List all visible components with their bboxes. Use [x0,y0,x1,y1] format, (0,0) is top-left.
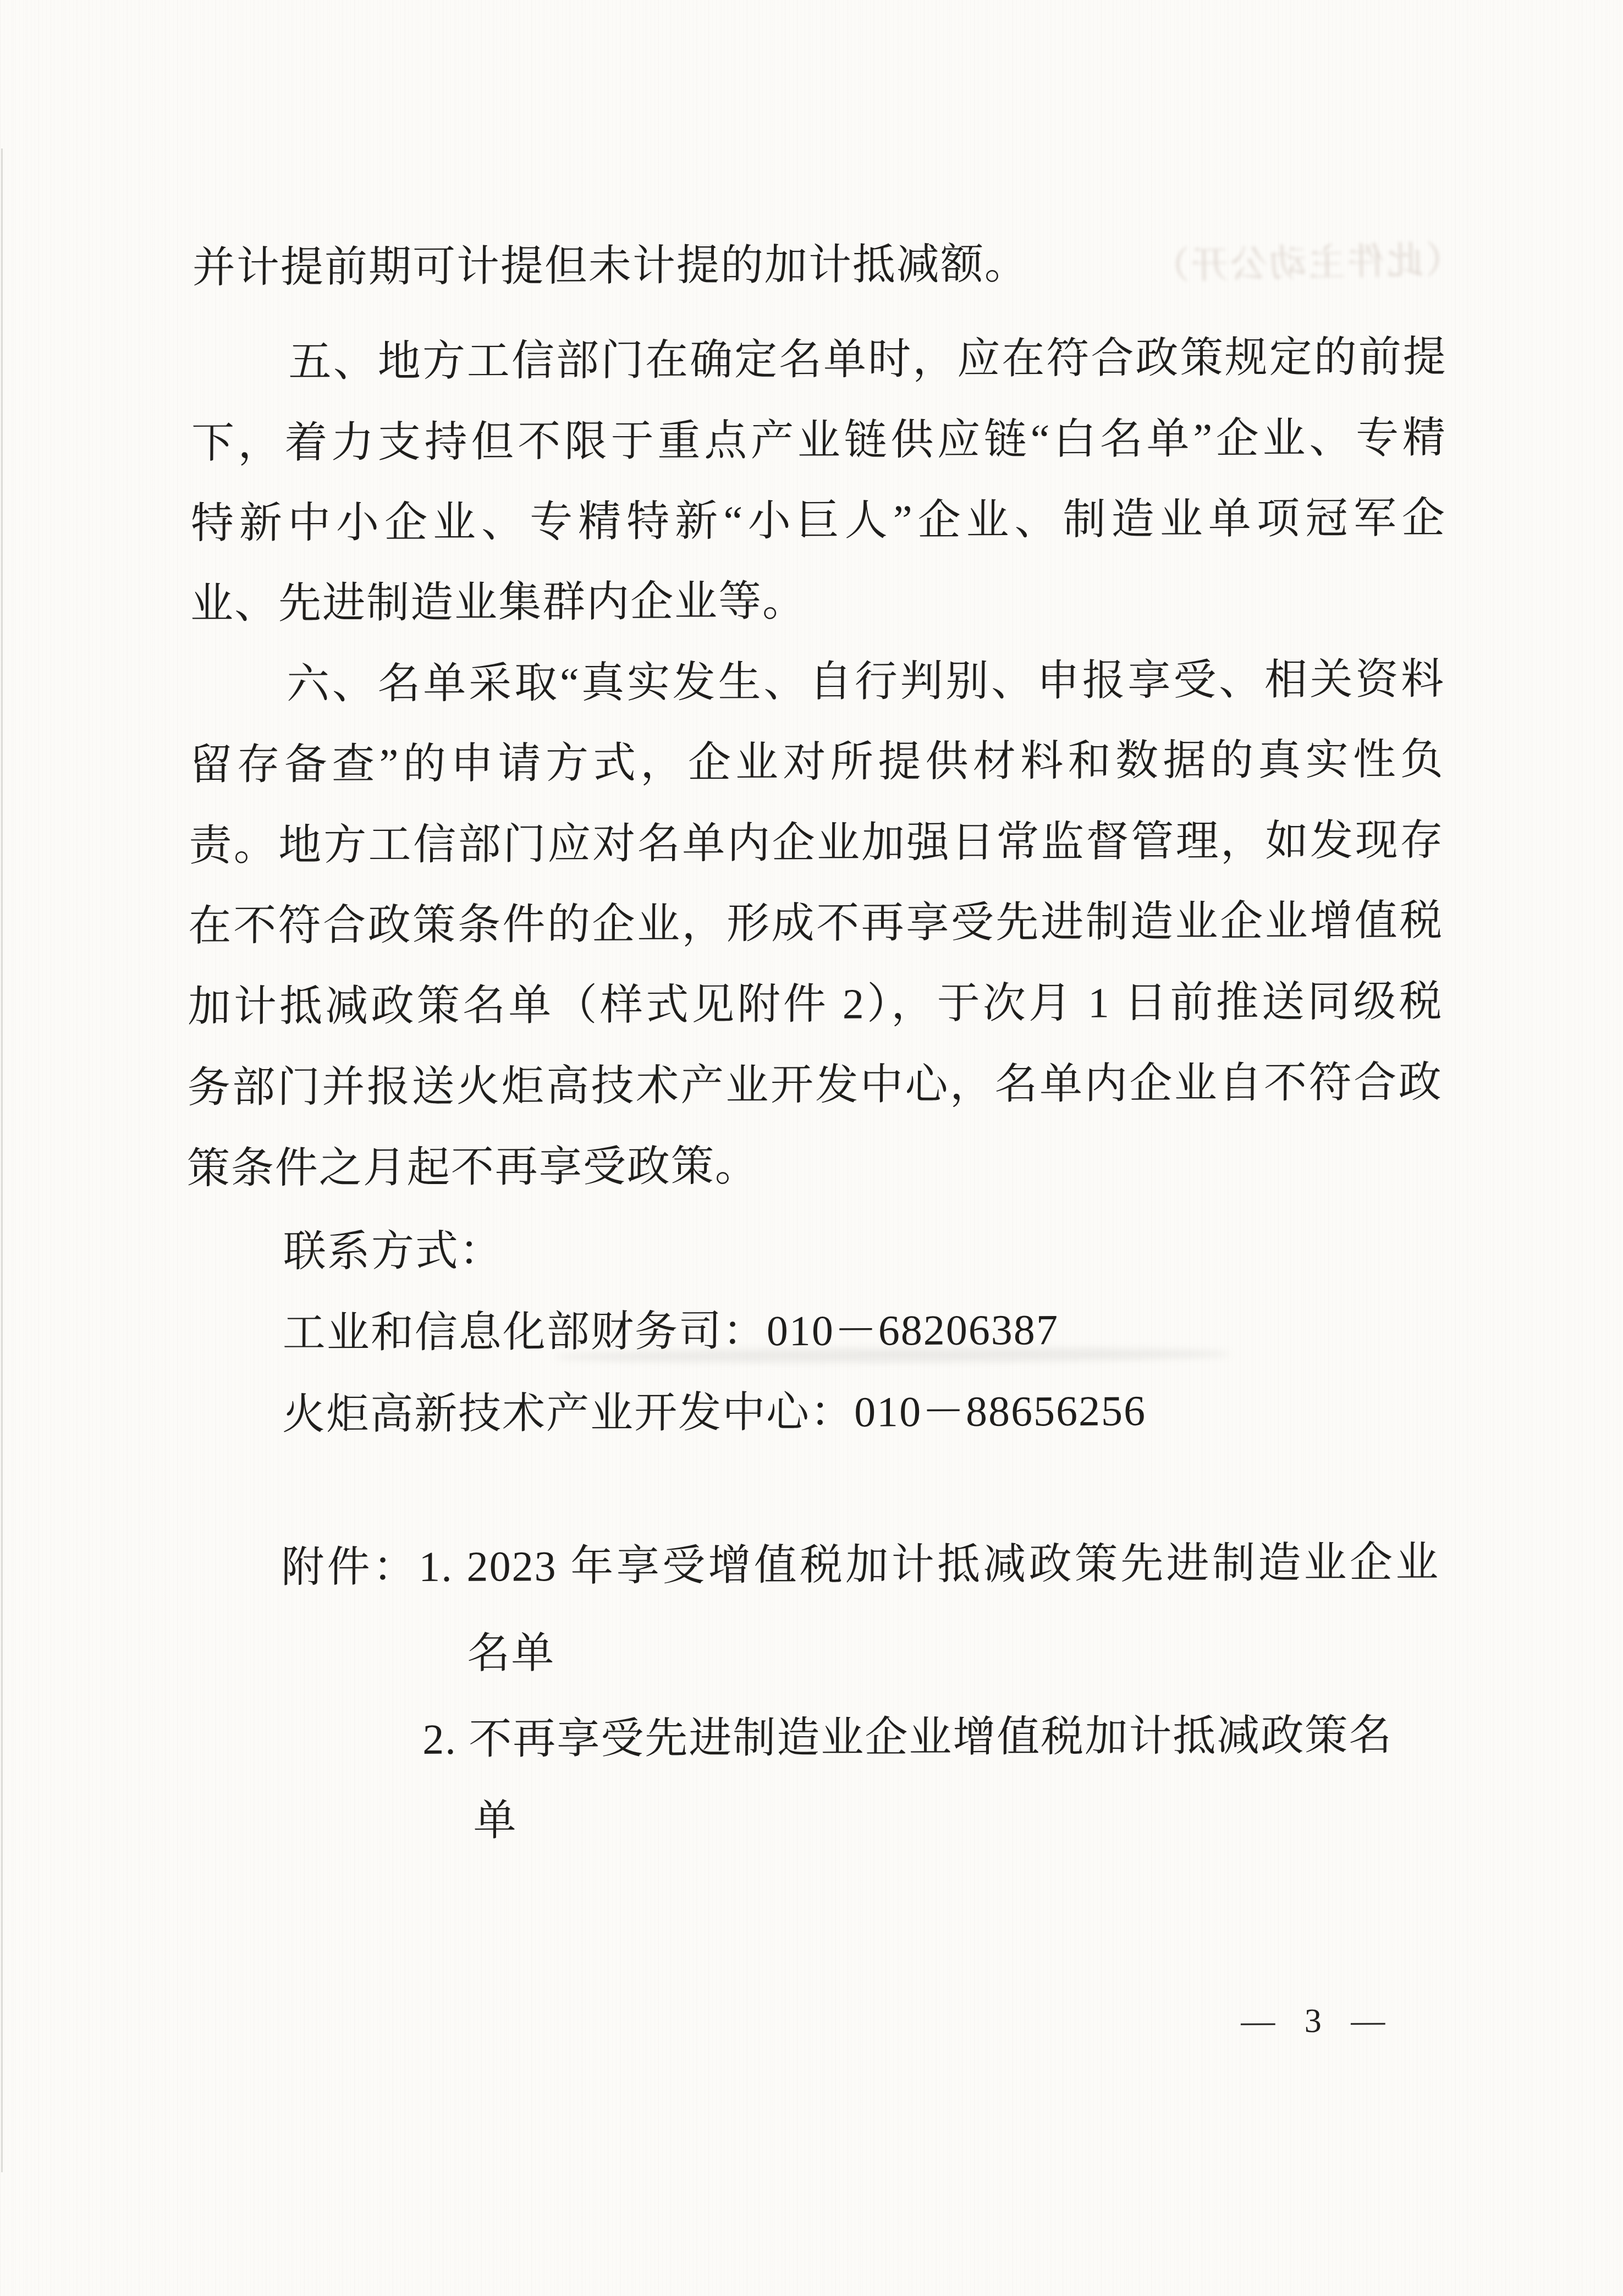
para4-continuation: 并计提前期可计提但未计提的加计抵减额。 [192,238,1448,293]
para6-line3: 责。地方工信部门应对名单内企业加强日常监督管理，如发现存 [189,816,1444,871]
para6-line7: 策条件之月起不再享受政策。 [187,1139,1443,1193]
page-number: — 3 — [1210,2003,1419,2039]
para6-line6: 务部门并报送火炬高技术产业开发中心，名单内企业自不符合政 [187,1058,1443,1113]
scanned-document-page: （此件主动公开） 并计提前期可计提但未计提的加计抵减额。 五、地方工信部门在确定… [0,0,1623,2296]
attachment-line1: 附件：1. 2023 年享受增值税加计抵减政策先进制造业企业 [184,1538,1440,1593]
attachment-line3: 2. 不再享受先进制造业企业增值税加计抵减政策名 [422,1711,1393,1764]
attachment-line4: 单 [473,1796,518,1845]
para6-line1: 六、名单采取“真实发生、自行判别、申报享受、相关资料 [190,655,1445,709]
para6-line5: 加计抵减政策名单（样式见附件 2），于次月 1 日前推送同级税 [188,977,1443,1032]
para6-line4: 在不符合政策条件的企业，形成不再享受先进制造业企业增值税 [188,896,1444,951]
contact-heading: 联系方式： [186,1223,1442,1277]
para5-line1: 五、地方工信部门在确定名单时，应在符合政策规定的前提 [191,333,1447,387]
contact-torch-center: 火炬高新技术产业开发中心：010－88656256 [185,1385,1441,1440]
para5-line3: 特新中小企业、专精特新“小巨人”企业、制造业单项冠军企 [191,494,1446,548]
document-content: （此件主动公开） 并计提前期可计提但未计提的加计抵减额。 五、地方工信部门在确定… [0,0,1623,2296]
para6-line2: 留存备查”的申请方式，企业对所提供材料和数据的真实性负 [189,735,1445,790]
attachment-line2: 名单 [467,1629,555,1678]
para5-line2: 下，着力支持但不限于重点产业链供应链“白名单”企业、专精 [191,414,1447,468]
para5-line4: 业、先进制造业集群内企业等。 [190,574,1446,629]
